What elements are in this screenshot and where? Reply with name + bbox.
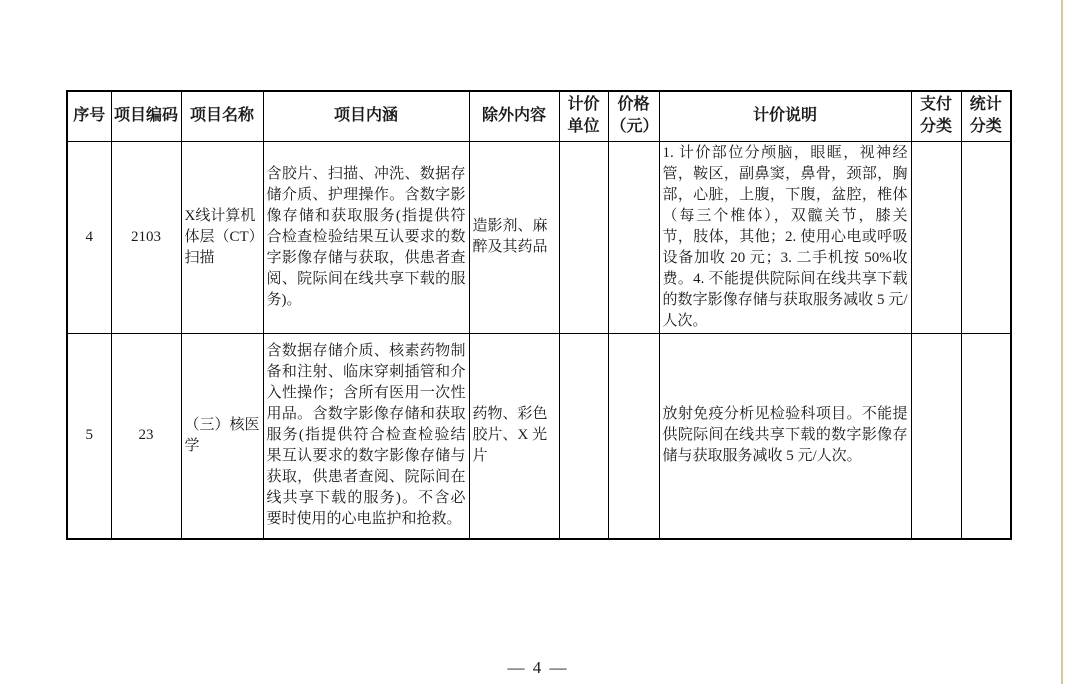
cell-price	[608, 333, 659, 539]
cell-code: 23	[111, 333, 181, 539]
cell-name: X线计算机体层（CT）扫描	[181, 141, 263, 333]
table-row-ct-scan: 4 2103 X线计算机体层（CT）扫描 含胶片、扫描、冲洗、数据存储介质、护理…	[67, 141, 1011, 333]
cell-code: 2103	[111, 141, 181, 333]
cell-seq: 4	[67, 141, 111, 333]
cell-payment-class	[911, 141, 961, 333]
table-header-row: 序号 项目编码 项目名称 项目内涵 除外内容 计价单位 价格（元） 计价说明 支…	[67, 91, 1011, 141]
col-header-code: 项目编码	[111, 91, 181, 141]
cell-pricing-notes: 1. 计价部位分颅脑，眼眶，视神经管，鞍区，副鼻窦，鼻骨，颈部，胸部，心脏，上腹…	[659, 141, 911, 333]
cell-content: 含数据存储介质、核素药物制备和注射、临床穿刺插管和介入性操作；含所有医用一次性用…	[263, 333, 469, 539]
cell-price	[608, 141, 659, 333]
cell-exclusions: 药物、彩色胶片、X 光片	[469, 333, 559, 539]
table-row-nuclear-medicine: 5 23 （三）核医学 含数据存储介质、核素药物制备和注射、临床穿刺插管和介入性…	[67, 333, 1011, 539]
col-header-pricing-notes: 计价说明	[659, 91, 911, 141]
cell-unit	[559, 141, 608, 333]
col-header-name: 项目名称	[181, 91, 263, 141]
col-header-seq: 序号	[67, 91, 111, 141]
cell-pricing-notes: 放射免疫分析见检验科项目。不能提供院际间在线共享下载的数字影像存储与获取服务减收…	[659, 333, 911, 539]
medical-service-pricing-table: 序号 项目编码 项目名称 项目内涵 除外内容 计价单位 价格（元） 计价说明 支…	[66, 90, 1012, 540]
col-header-price: 价格（元）	[608, 91, 659, 141]
cell-unit	[559, 333, 608, 539]
col-header-content: 项目内涵	[263, 91, 469, 141]
cell-stats-class	[961, 333, 1011, 539]
col-header-stats-class: 统计分类	[961, 91, 1011, 141]
col-header-exclusions: 除外内容	[469, 91, 559, 141]
cell-exclusions: 造影剂、麻醉及其药品	[469, 141, 559, 333]
cell-stats-class	[961, 141, 1011, 333]
col-header-payment-class: 支付分类	[911, 91, 961, 141]
document-page: 序号 项目编码 项目名称 项目内涵 除外内容 计价单位 价格（元） 计价说明 支…	[0, 0, 1076, 684]
cell-name: （三）核医学	[181, 333, 263, 539]
cell-content: 含胶片、扫描、冲洗、数据存储介质、护理操作。含数字影像存储和获取服务(指提供符合…	[263, 141, 469, 333]
col-header-unit: 计价单位	[559, 91, 608, 141]
cell-payment-class	[911, 333, 961, 539]
cell-seq: 5	[67, 333, 111, 539]
page-number: — 4 —	[0, 658, 1076, 678]
page-edge-line	[1061, 0, 1063, 684]
